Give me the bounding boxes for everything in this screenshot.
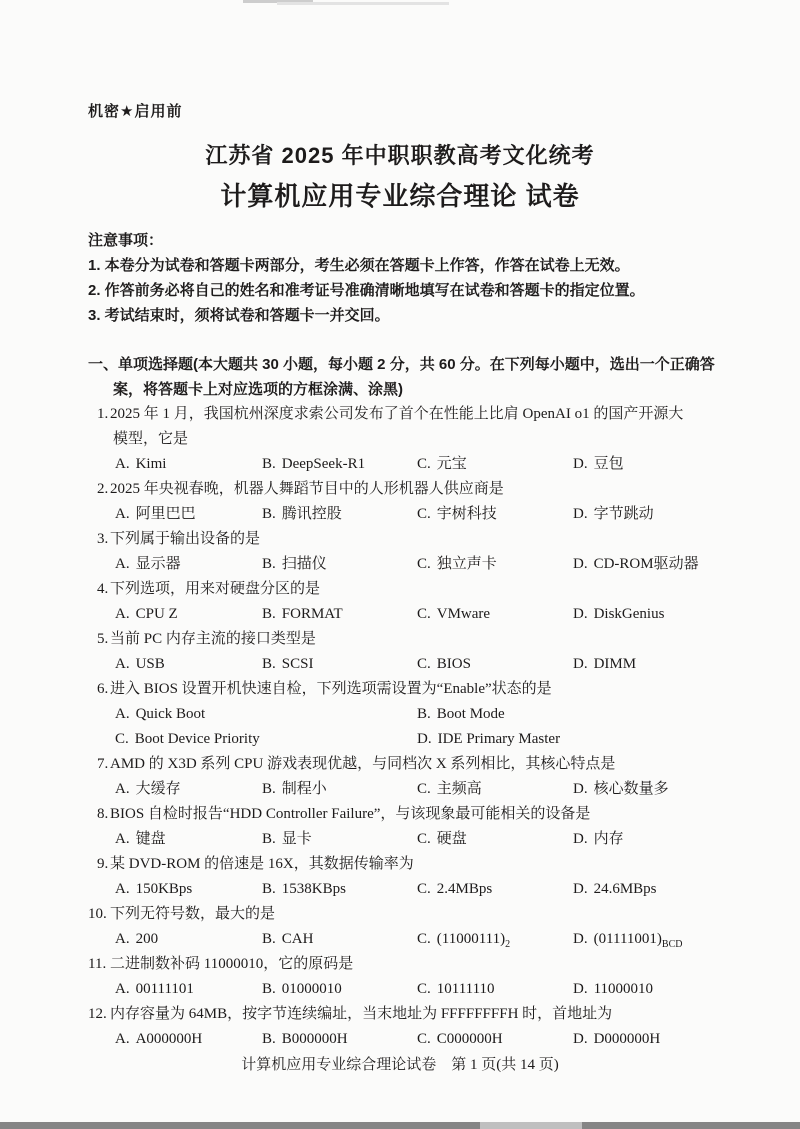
option-label: C. (417, 881, 431, 897)
options-row: A.Quick BootB.Boot Mode (88, 702, 716, 727)
option-label: A. (115, 981, 130, 997)
option-label: B. (262, 456, 276, 472)
option-text: C000000H (437, 1031, 503, 1047)
question-item: 5.当前 PC 内存主流的接口类型是A.USBB.SCSIC.BIOSD.DIM… (88, 627, 716, 677)
option-text: 主频高 (437, 781, 482, 797)
option: B.1538KBps (262, 877, 417, 902)
question-item: 8.BIOS 自检时报告“HDD Controller Failure”，与该现… (88, 802, 716, 852)
option-text: 字节跳动 (594, 506, 654, 522)
option-label: C. (417, 506, 431, 522)
option-label: C. (417, 456, 431, 472)
notice-item: 2. 作答前务必将自己的姓名和准考证号准确清晰地填写在试卷和答题卡的指定位置。 (88, 278, 720, 303)
question-area: 一、单项选择题(本大题共 30 小题，每小题 2 分，共 60 分。在下列每小题… (88, 352, 716, 1052)
option-label: D. (573, 831, 588, 847)
option-text: Boot Mode (437, 706, 505, 722)
option-label: C. (417, 656, 431, 672)
option: A.USB (115, 652, 262, 677)
option-text: SCSI (282, 656, 314, 672)
option-label: B. (262, 881, 276, 897)
option-text: 宇树科技 (437, 506, 497, 522)
option-label: C. (417, 831, 431, 847)
option-text: (11000111)2 (437, 931, 510, 947)
question-number: 2. (97, 477, 110, 502)
option-text: A000000H (136, 1031, 203, 1047)
option-label: B. (262, 556, 276, 572)
question-stem-line: 8.BIOS 自检时报告“HDD Controller Failure”，与该现… (88, 802, 716, 827)
option-text: FORMAT (282, 606, 343, 622)
option-label: A. (115, 506, 130, 522)
scan-artifact-bottom-bar-gap (480, 1122, 582, 1129)
option: C.VMware (417, 602, 573, 627)
options-row: A.150KBpsB.1538KBpsC.2.4MBpsD.24.6MBps (88, 877, 716, 902)
question-item: 1.2025 年 1 月，我国杭州深度求索公司发布了首个在性能上比肩 OpenA… (88, 402, 716, 477)
option-label: D. (417, 731, 432, 747)
option: A.大缓存 (115, 777, 262, 802)
option-label: B. (262, 656, 276, 672)
question-stem: 二进制数补码 11000010，它的原码是 (110, 952, 716, 977)
option-label: C. (417, 981, 431, 997)
option-label: C. (417, 931, 431, 947)
question-stem: 某 DVD-ROM 的倍速是 16X，其数据传输率为 (110, 852, 716, 877)
option-text: D000000H (594, 1031, 661, 1047)
option-text: 硬盘 (437, 831, 467, 847)
option-label: B. (262, 831, 276, 847)
question-stem-line: 4.下列选项，用来对硬盘分区的是 (88, 577, 716, 602)
exam-title: 江苏省 2025 年中职职教高考文化统考 (0, 139, 800, 170)
notice-heading: 注意事项： (88, 228, 720, 253)
option: B.DeepSeek-R1 (262, 452, 417, 477)
option-text: 10111110 (437, 981, 495, 997)
page-footer: 计算机应用专业综合理论试卷 第 1 页(共 14 页) (0, 1053, 800, 1074)
option-text: 显示器 (136, 556, 181, 572)
option-text: 键盘 (136, 831, 166, 847)
option: B.Boot Mode (417, 702, 716, 727)
option: D.D000000H (573, 1027, 716, 1052)
option: D.(01111001)BCD (573, 927, 716, 952)
option: D.11000010 (573, 977, 716, 1002)
option: D.CD-ROM驱动器 (573, 552, 716, 577)
question-stem: BIOS 自检时报告“HDD Controller Failure”，与该现象最… (110, 802, 716, 827)
question-item: 4.下列选项，用来对硬盘分区的是A.CPU ZB.FORMATC.VMwareD… (88, 577, 716, 627)
question-item: 9.某 DVD-ROM 的倍速是 16X，其数据传输率为A.150KBpsB.1… (88, 852, 716, 902)
option-label: A. (115, 931, 130, 947)
option: C.10111110 (417, 977, 573, 1002)
options-row: A.A000000HB.B000000HC.C000000HD.D000000H (88, 1027, 716, 1052)
notice-block: 注意事项： 1. 本卷分为试卷和答题卡两部分，考生必须在答题卡上作答，作答在试卷… (88, 228, 720, 328)
section-heading-line: 一、单项选择题(本大题共 30 小题，每小题 2 分，共 60 分。在下列每小题… (88, 352, 716, 377)
question-stem: 下列无符号数，最大的是 (110, 902, 716, 927)
option: C.BIOS (417, 652, 573, 677)
option: B.FORMAT (262, 602, 417, 627)
question-stem-line: 1.2025 年 1 月，我国杭州深度求索公司发布了首个在性能上比肩 OpenA… (88, 402, 716, 427)
option-text: 核心数量多 (594, 781, 669, 797)
question-number: 1. (97, 402, 110, 427)
options-row: A.USBB.SCSIC.BIOSD.DIMM (88, 652, 716, 677)
question-stem: 2025 年央视春晚，机器人舞蹈节目中的人形机器人供应商是 (110, 477, 716, 502)
question-number: 11. (88, 952, 110, 977)
option-text: 11000010 (594, 981, 653, 997)
question-item: 10.下列无符号数，最大的是A.200B.CAHC.(11000111)2D.(… (88, 902, 716, 952)
option-text: 24.6MBps (594, 881, 657, 897)
scan-artifact-bottom-bar (0, 1122, 800, 1129)
option: C.Boot Device Priority (115, 727, 417, 752)
question-number: 4. (97, 577, 110, 602)
option-label: D. (573, 781, 588, 797)
questions-list: 1.2025 年 1 月，我国杭州深度求索公司发布了首个在性能上比肩 OpenA… (88, 402, 716, 1052)
option-text: (01111001)BCD (594, 931, 683, 947)
question-item: 12.内存容量为 64MB，按字节连续编址，当末地址为 FFFFFFFFH 时，… (88, 1002, 716, 1052)
options-row: A.KimiB.DeepSeek-R1C.元宝D.豆包 (88, 452, 716, 477)
option-text: 阿里巴巴 (136, 506, 196, 522)
question-item: 3.下列属于输出设备的是A.显示器B.扫描仪C.独立声卡D.CD-ROM驱动器 (88, 527, 716, 577)
option: B.01000010 (262, 977, 417, 1002)
option-label: D. (573, 931, 588, 947)
option-text: 大缓存 (136, 781, 181, 797)
option-text: B000000H (282, 1031, 348, 1047)
notice-item: 3. 考试结束时，须将试卷和答题卡一并交回。 (88, 303, 720, 328)
exam-paper-page: { "header": { "classification": "机密★启用前"… (0, 0, 800, 1129)
option-label: A. (115, 656, 130, 672)
question-stem-line: 6.进入 BIOS 设置开机快速自检，下列选项需设置为“Enable”状态的是 (88, 677, 716, 702)
option: D.字节跳动 (573, 502, 716, 527)
option-label: A. (115, 556, 130, 572)
question-number: 12. (88, 1002, 110, 1027)
option: B.SCSI (262, 652, 417, 677)
option: B.腾讯控股 (262, 502, 417, 527)
confidential-label: 机密★启用前 (88, 100, 182, 121)
option: A.显示器 (115, 552, 262, 577)
option: D.DiskGenius (573, 602, 716, 627)
question-number: 3. (97, 527, 110, 552)
option-label: A. (115, 1031, 130, 1047)
section-heading: 一、单项选择题(本大题共 30 小题，每小题 2 分，共 60 分。在下列每小题… (88, 352, 716, 402)
option: B.显卡 (262, 827, 417, 852)
options-row: A.键盘B.显卡C.硬盘D.内存 (88, 827, 716, 852)
option-text: Quick Boot (136, 706, 206, 722)
question-stem-continued: 模型，它是 (88, 427, 716, 452)
option-label: A. (115, 456, 130, 472)
option: C.独立声卡 (417, 552, 573, 577)
option-label: C. (115, 731, 129, 747)
option: D.豆包 (573, 452, 716, 477)
question-stem-line: 11.二进制数补码 11000010，它的原码是 (88, 952, 716, 977)
question-item: 2.2025 年央视春晚，机器人舞蹈节目中的人形机器人供应商是A.阿里巴巴B.腾… (88, 477, 716, 527)
question-stem-line: 9.某 DVD-ROM 的倍速是 16X，其数据传输率为 (88, 852, 716, 877)
option: C.(11000111)2 (417, 927, 573, 952)
option-label: A. (115, 781, 130, 797)
option: A.200 (115, 927, 262, 952)
option-label: B. (262, 981, 276, 997)
option-label: A. (115, 831, 130, 847)
option-label: D. (573, 606, 588, 622)
option-text: 扫描仪 (282, 556, 327, 572)
option: B.扫描仪 (262, 552, 417, 577)
paper-title: 计算机应用专业综合理论 试卷 (0, 176, 800, 213)
option-text: 显卡 (282, 831, 312, 847)
question-item: 7.AMD 的 X3D 系列 CPU 游戏表现优越，与同档次 X 系列相比，其核… (88, 752, 716, 802)
option-label: B. (262, 606, 276, 622)
option-label: A. (115, 881, 130, 897)
question-stem-line: 12.内存容量为 64MB，按字节连续编址，当末地址为 FFFFFFFFH 时，… (88, 1002, 716, 1027)
option-text: Kimi (136, 456, 167, 472)
option-text: CD-ROM驱动器 (594, 556, 699, 572)
question-number: 10. (88, 902, 110, 927)
option-label: B. (262, 506, 276, 522)
option: D.24.6MBps (573, 877, 716, 902)
question-stem: 内存容量为 64MB，按字节连续编址，当末地址为 FFFFFFFFH 时，首地址… (110, 1002, 716, 1027)
option-text: CAH (282, 931, 314, 947)
option: A.150KBps (115, 877, 262, 902)
option-text: BIOS (437, 656, 471, 672)
option-label: D. (573, 456, 588, 472)
option-text: 豆包 (594, 456, 624, 472)
option: C.主频高 (417, 777, 573, 802)
option: B.制程小 (262, 777, 417, 802)
option-label: D. (573, 981, 588, 997)
option-text: DiskGenius (594, 606, 665, 622)
question-number: 9. (97, 852, 110, 877)
options-row: A.00111101B.01000010C.10111110D.11000010 (88, 977, 716, 1002)
option: C.元宝 (417, 452, 573, 477)
option-text: 1538KBps (282, 881, 346, 897)
question-stem: 下列选项，用来对硬盘分区的是 (110, 577, 716, 602)
option: C.硬盘 (417, 827, 573, 852)
question-stem-line: 3.下列属于输出设备的是 (88, 527, 716, 552)
question-number: 8. (97, 802, 110, 827)
option: A.Kimi (115, 452, 262, 477)
option-text: 150KBps (136, 881, 193, 897)
question-number: 6. (97, 677, 110, 702)
option-label: A. (115, 606, 130, 622)
question-stem: 进入 BIOS 设置开机快速自检，下列选项需设置为“Enable”状态的是 (110, 677, 716, 702)
question-number: 5. (97, 627, 110, 652)
question-stem: 下列属于输出设备的是 (110, 527, 716, 552)
option-text: 01000010 (282, 981, 342, 997)
option-label: C. (417, 556, 431, 572)
question-item: 11.二进制数补码 11000010，它的原码是A.00111101B.0100… (88, 952, 716, 1002)
option-label: B. (417, 706, 431, 722)
option-text: DIMM (594, 656, 637, 672)
option-text: 内存 (594, 831, 624, 847)
section-heading-line: 案，将答题卡上对应选项的方框涂满、涂黑) (88, 377, 716, 402)
option-text: 腾讯控股 (282, 506, 342, 522)
option-text: CPU Z (136, 606, 178, 622)
option-label: C. (417, 781, 431, 797)
option-label: D. (573, 556, 588, 572)
question-stem: AMD 的 X3D 系列 CPU 游戏表现优越，与同档次 X 系列相比，其核心特… (110, 752, 716, 777)
option-text: USB (136, 656, 165, 672)
options-row: A.CPU ZB.FORMATC.VMwareD.DiskGenius (88, 602, 716, 627)
option-text: Boot Device Priority (135, 731, 260, 747)
option-label: D. (573, 881, 588, 897)
question-stem-line: 7.AMD 的 X3D 系列 CPU 游戏表现优越，与同档次 X 系列相比，其核… (88, 752, 716, 777)
scan-artifact-top-line (277, 2, 449, 5)
option-label: D. (573, 506, 588, 522)
option-text: 独立声卡 (437, 556, 497, 572)
option-text: IDE Primary Master (438, 731, 560, 747)
option: D.DIMM (573, 652, 716, 677)
option: A.00111101 (115, 977, 262, 1002)
option-label: D. (573, 1031, 588, 1047)
option-label: B. (262, 931, 276, 947)
option: A.键盘 (115, 827, 262, 852)
option-label: B. (262, 781, 276, 797)
option: D.内存 (573, 827, 716, 852)
option-label: A. (115, 706, 130, 722)
question-stem-line: 2.2025 年央视春晚，机器人舞蹈节目中的人形机器人供应商是 (88, 477, 716, 502)
option-label: D. (573, 656, 588, 672)
option: C.C000000H (417, 1027, 573, 1052)
option: A.阿里巴巴 (115, 502, 262, 527)
question-stem: 2025 年 1 月，我国杭州深度求索公司发布了首个在性能上比肩 OpenAI … (110, 402, 716, 427)
option: A.Quick Boot (115, 702, 417, 727)
options-row: A.200B.CAHC.(11000111)2D.(01111001)BCD (88, 927, 716, 952)
option-text: 00111101 (136, 981, 194, 997)
options-row: A.大缓存B.制程小C.主频高D.核心数量多 (88, 777, 716, 802)
option-label: C. (417, 606, 431, 622)
question-stem: 当前 PC 内存主流的接口类型是 (110, 627, 716, 652)
notice-item: 1. 本卷分为试卷和答题卡两部分，考生必须在答题卡上作答，作答在试卷上无效。 (88, 253, 720, 278)
option: B.B000000H (262, 1027, 417, 1052)
option-label: B. (262, 1031, 276, 1047)
option: D.核心数量多 (573, 777, 716, 802)
option-text: 2.4MBps (437, 881, 492, 897)
option: C.2.4MBps (417, 877, 573, 902)
option-text: 制程小 (282, 781, 327, 797)
options-row: A.显示器B.扫描仪C.独立声卡D.CD-ROM驱动器 (88, 552, 716, 577)
question-stem-line: 10.下列无符号数，最大的是 (88, 902, 716, 927)
option: D.IDE Primary Master (417, 727, 716, 752)
option-text: VMware (437, 606, 490, 622)
option-label: C. (417, 1031, 431, 1047)
option: A.CPU Z (115, 602, 262, 627)
option: C.宇树科技 (417, 502, 573, 527)
option-text: 200 (136, 931, 159, 947)
option: A.A000000H (115, 1027, 262, 1052)
option-text: DeepSeek-R1 (282, 456, 365, 472)
question-item: 6.进入 BIOS 设置开机快速自检，下列选项需设置为“Enable”状态的是A… (88, 677, 716, 752)
options-row: C.Boot Device PriorityD.IDE Primary Mast… (88, 727, 716, 752)
options-row: A.阿里巴巴B.腾讯控股C.宇树科技D.字节跳动 (88, 502, 716, 527)
question-stem-line: 5.当前 PC 内存主流的接口类型是 (88, 627, 716, 652)
option-text: 元宝 (437, 456, 467, 472)
option: B.CAH (262, 927, 417, 952)
question-number: 7. (97, 752, 110, 777)
